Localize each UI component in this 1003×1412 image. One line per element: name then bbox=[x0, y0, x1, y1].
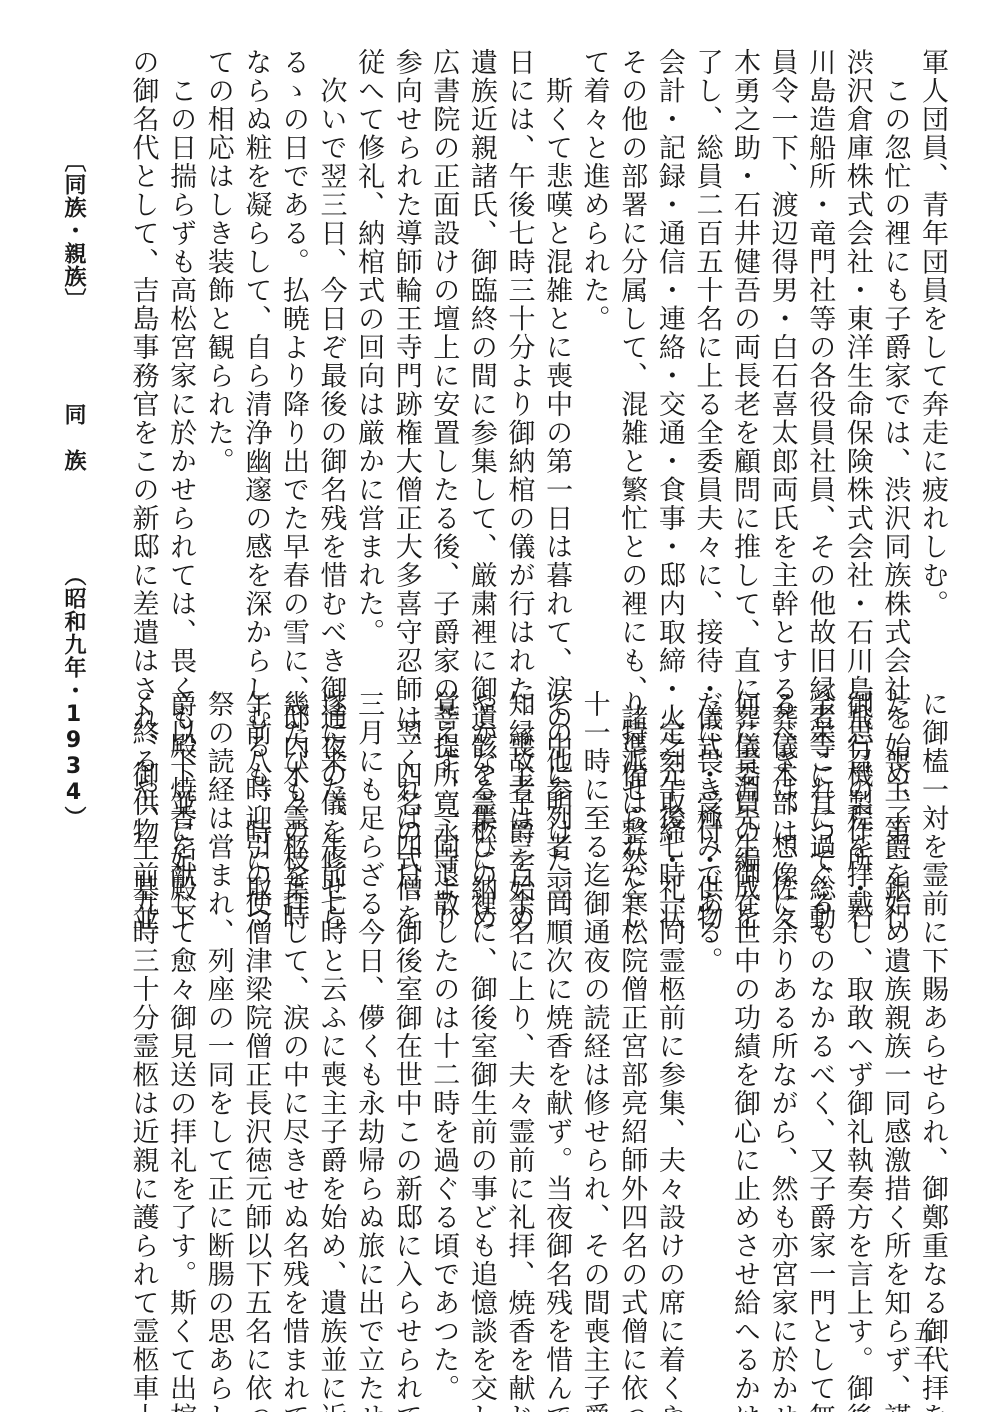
text-column: 員令一下、渡辺得男・白石喜太郎両氏を主幹とする葬儀本部は、佐々 bbox=[763, 48, 801, 688]
header-era: （昭和九年・1934） bbox=[58, 564, 89, 829]
text-column: 翌くれば四日、御後室御在世中この新邸に入らせられてより、未だ bbox=[387, 690, 425, 1330]
text-column: り特派せられた寒松院僧正宮部亮紹師外四名の式僧に依つて、引続き bbox=[613, 690, 651, 1330]
text-column: だに畏き極みである。 bbox=[688, 690, 726, 1330]
text-column: 定刻午後七時一同霊柩前に参集、夫々設けの席に着くや、寛永寺よ bbox=[650, 690, 688, 1330]
text-column: 知縁故者は三百余名に上り、夫々霊前に礼拝、焼香を献じた後、しめ bbox=[500, 690, 538, 1330]
text-column: 覚えず、一同退散したのは十二時を過ぐる頃であつた。 bbox=[425, 690, 463, 1330]
header-section: 〔同族・親族〕 bbox=[58, 150, 89, 311]
text-column: 午前八時迎引の使僧津梁院僧正長沢徳元師以下五名に依つて、出棺前 bbox=[237, 690, 275, 1330]
text-column: ならぬ粧を凝らして、自ら清浄幽邃の感を深からしむるも、時に取つ bbox=[237, 48, 275, 688]
text-column: やかなる集ひの裡に、御後室御生前の事ども追憶談を交して更くるを bbox=[462, 690, 500, 1330]
text-column: 遂に来た。午前七時と云ふに喪主子爵を始め、遺族並に近親諸氏一同 bbox=[312, 690, 350, 1330]
text-column: く終るや、午前九時三十分霊柩は近親に護られて霊柩車上に移され、 bbox=[124, 690, 162, 1330]
text-column: 広書院の正面設けの壇上に安置したる後、子爵家の菩提所寛永寺より bbox=[425, 48, 463, 688]
text-column: 軍人団員、青年団員をして奔走に疲れしむ。 bbox=[913, 48, 951, 688]
text-column: 幾たびも霊柩を拝して、涙の中に尽きせぬ名残を惜まれて居る間に、 bbox=[274, 690, 312, 1330]
text-column: その他の部署に分属して、混雑と繁忙との裡にも、諸準備は整然とし bbox=[613, 48, 651, 688]
page-number: 五三 bbox=[907, 1320, 938, 1368]
text-column: 十一時に至る迄御通夜の読経は修せられ、その間喪主子爵を始め近親 bbox=[575, 690, 613, 1330]
text-column: 従へて修礼、納棺式の回向は厳かに営まれた。 bbox=[350, 48, 388, 688]
upper-text-block: 軍人団員、青年団員をして奔走に疲れしむ。 この忽忙の裡にも子爵家では、渋沢同族株… bbox=[124, 48, 951, 688]
text-column: 了し、総員二百五十名に上る全委員夫々に、接待・儀式・受付・供物 bbox=[688, 48, 726, 688]
text-column: 三月にも足らざる今日、儚くも永劫帰らぬ旅に出で立たせられる日は bbox=[350, 690, 388, 1330]
text-column: た。喪主子爵を始め遺族親族一同感激措く所を知らず、謹みて有難き bbox=[876, 690, 914, 1330]
lower-text-block: に御榼一対を霊前に下賜あらせられ、御鄭重なる御代拝を行はせられた。喪主子爵を始め… bbox=[124, 690, 951, 1330]
text-column: に御榼一対を霊前に下賜あらせられ、御鄭重なる御代拝を行はせられ bbox=[913, 690, 951, 1330]
text-column: 日には、午後七時三十分より御納棺の儀が行はれた。喪主子爵を始め bbox=[500, 48, 538, 688]
text-column: 参向せられた導師輪王寺門跡権大僧正大多喜守忍師は、四名の式僧を bbox=[387, 48, 425, 688]
text-column: 余栄これに過ぐるものなかるべく、又子爵家一門として無上の光栄た bbox=[801, 690, 839, 1330]
header-title: 同 族 bbox=[58, 403, 89, 472]
text-column: 川島造船所・竜門社等の各役員社員、その他故旧縁者等に亘つて総動 bbox=[801, 48, 839, 688]
text-column: 祭の読経は営まれ、列座の一同をして正に断腸の思あらしむ。喪主子 bbox=[199, 690, 237, 1330]
text-column: 木勇之助・石井健吾の両長老を顧問に推して、直に葬儀委員の編成を bbox=[725, 48, 763, 688]
text-column: の御名代として、吉島事務官をこの新邸に差遣はされ、御供物一基並 bbox=[124, 48, 162, 688]
text-column: ての相応はしき装飾と観られた。 bbox=[199, 48, 237, 688]
text-column: 次いで翌三日、今日ぞ最後の御名残を惜むべき御通夜の儀を修せら bbox=[312, 48, 350, 688]
text-column: 御思召の程を拝戴し、取敢へず御礼執奏方を言上す。御後室としての bbox=[838, 690, 876, 1330]
text-column: 斯くて悲嘆と混雑とに喪中の第一日は暮れて、涙の中に明けた翌二 bbox=[537, 48, 575, 688]
text-column: 何に青淵先生御在世中の功績を御心に止めさせ給へるかは、拝察する bbox=[725, 690, 763, 1330]
text-column: て着々と進められた。 bbox=[575, 48, 613, 688]
text-column: 渋沢倉庫株式会社・東洋生命保険株式会社・石川島飛行機製作所・石 bbox=[838, 48, 876, 688]
text-column: るゝの日である。払暁より降り出でた早春の雪に、邸内木々の枝葉時 bbox=[274, 48, 312, 688]
text-column: 会計・記録・通信・連絡・交通・食事・邸内取締・火之元取締・礼状 bbox=[650, 48, 688, 688]
text-column: 爵以下焼香を献じて愈々御見送の拝礼を了す。斯くて出棺の儀滞りな bbox=[162, 690, 200, 1330]
text-column: その他参列者一同順次に焼香を献ず。当夜御名残を惜んで参集した旧 bbox=[537, 690, 575, 1330]
text-column: 遺族近親諸氏、御臨終の間に参集して、厳粛裡に御遺骸を霊柩に納め bbox=[462, 48, 500, 688]
text-column: この忽忙の裡にも子爵家では、渋沢同族株式会社を始め、第一銀行 bbox=[876, 48, 914, 688]
running-header: 〔同族・親族〕 同 族 （昭和九年・1934） bbox=[58, 150, 89, 829]
text-column: この日揣らずも高松宮家に於かせられては、畏くも殿下並に妃殿下 bbox=[162, 48, 200, 688]
text-column: るべきは、想像に余りある所ながら、然も亦宮家に於かせられて、如 bbox=[763, 690, 801, 1330]
